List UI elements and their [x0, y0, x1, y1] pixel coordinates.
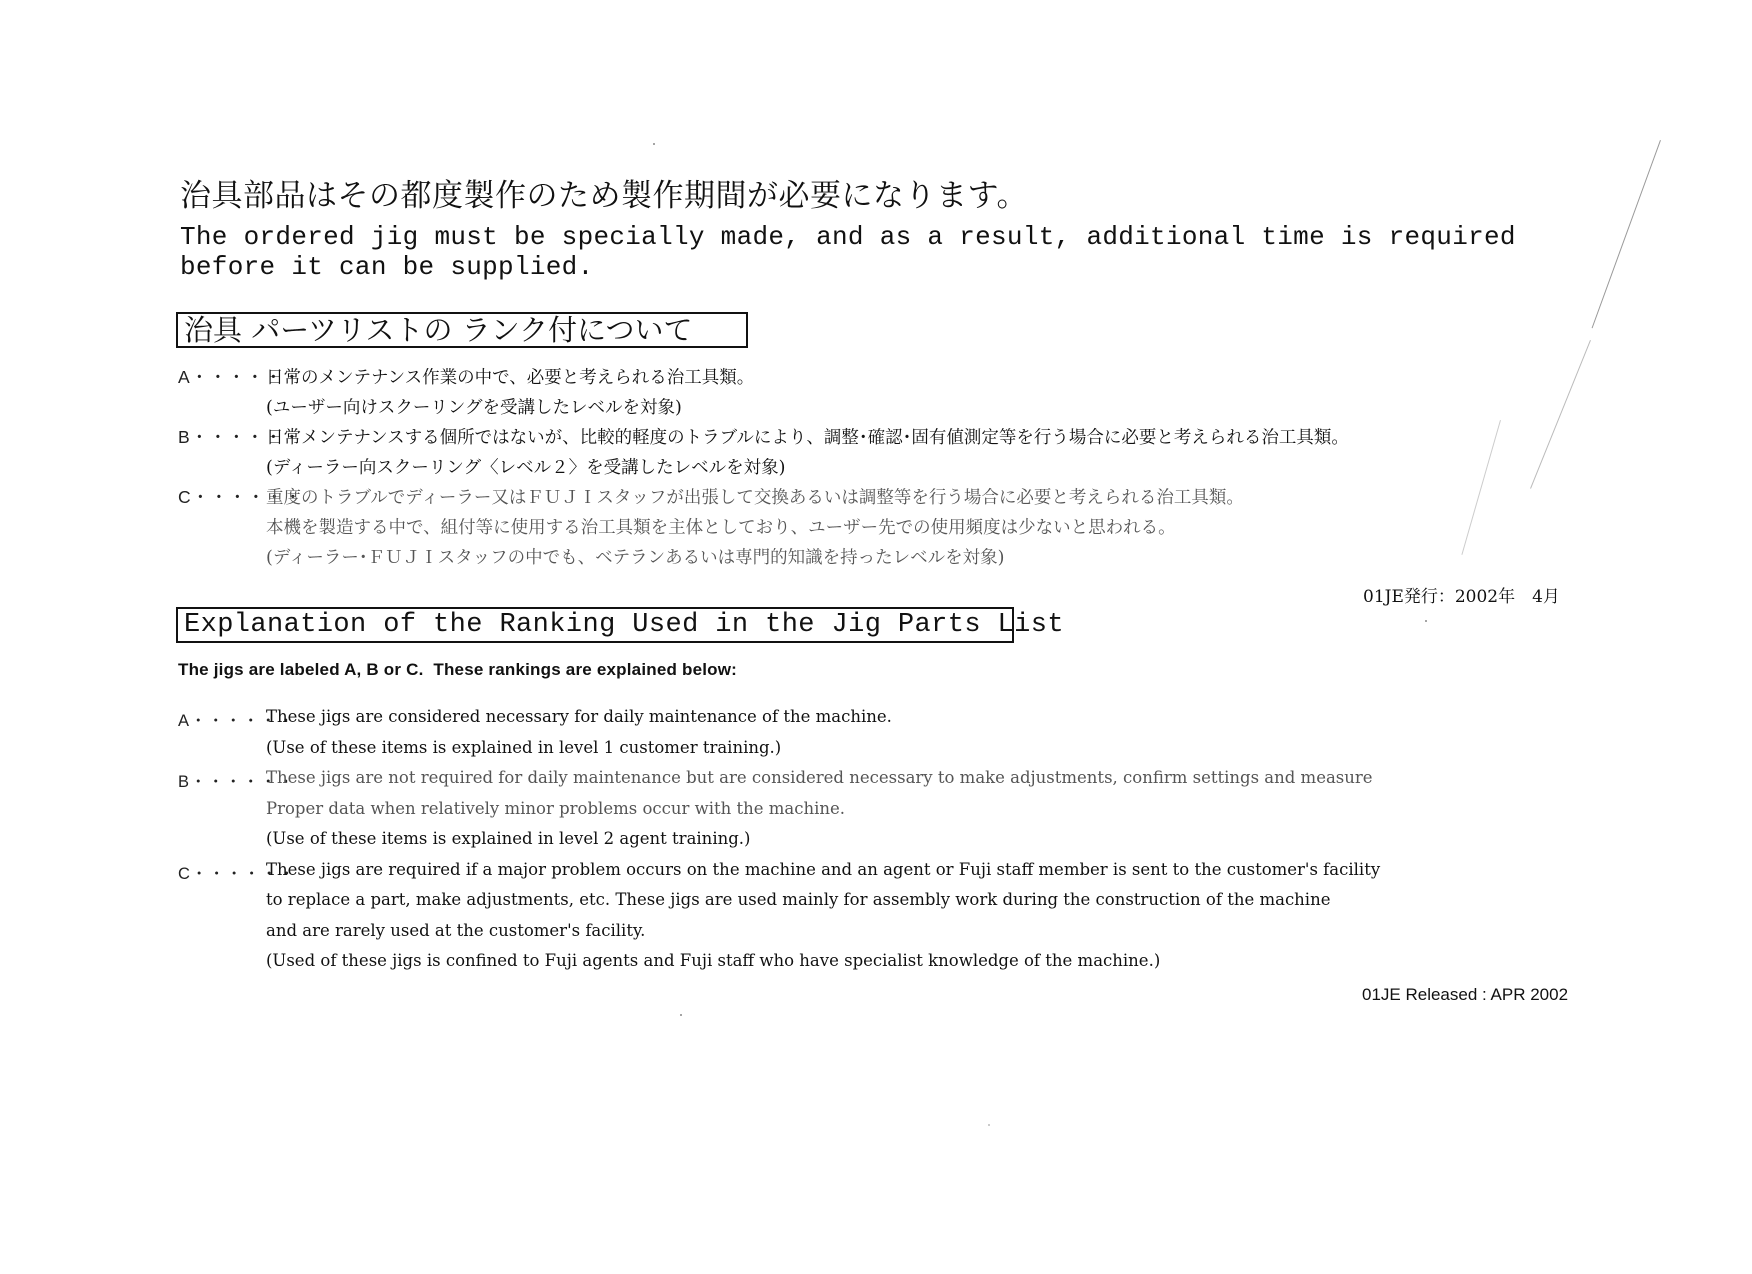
rank-b-description: These jigs are not required for daily ma…: [266, 768, 1373, 787]
rank-b-training-note: (Use of these items is explained in leve…: [266, 829, 750, 848]
rank-a-training-note: (Use of these items is explained in leve…: [266, 738, 781, 757]
rank-label-b: B・・・・・・: [178, 768, 266, 792]
intro-english: The ordered jig must be specially made, …: [180, 222, 1516, 282]
english-release-date: 01JE Released : APR 2002: [1362, 985, 1568, 1005]
rank-a-description: 日常のメンテナンス作業の中で、必要と考えられる治工具類。: [266, 364, 754, 389]
scan-speck: [653, 143, 655, 145]
rank-b-description-continued: Proper data when relatively minor proble…: [266, 799, 845, 818]
rank-label-c: C・・・・・・: [178, 860, 266, 884]
scan-streak: [1592, 140, 1661, 328]
scan-streak: [1530, 340, 1591, 489]
scan-streak: [1461, 420, 1501, 555]
rank-c-description: 重度のトラブルでディーラー又はＦＵＪＩスタッフが出張して交換あるいは調整等を行う…: [266, 484, 1244, 509]
japanese-section-heading: 治具 パーツリストの ランク付について: [176, 312, 748, 348]
rank-c-target-level: (ディーラー･ＦＵＪＩスタッフの中でも、ベテランあるいは専門的知識を持ったレベル…: [266, 544, 1005, 569]
rank-label-a: A・・・・・・: [178, 364, 266, 389]
rank-c-usage-note: and are rarely used at the customer's fa…: [266, 921, 645, 940]
english-section-subtitle: The jigs are labeled A, B or C. These ra…: [178, 660, 737, 680]
rank-c-usage-note: 本機を製造する中で、組付等に使用する治工具類を主体としており、ユーザー先での使用…: [266, 514, 1176, 539]
scanned-document-page: 治具部品はその都度製作のため製作期間が必要になります。 The ordered …: [0, 0, 1752, 1274]
rank-c-training-note: (Used of these jigs is confined to Fuji …: [266, 951, 1160, 970]
rank-label-a: A・・・・・・: [178, 707, 266, 731]
rank-a-description: These jigs are considered necessary for …: [266, 707, 892, 726]
english-section-heading: Explanation of the Ranking Used in the J…: [176, 607, 1014, 643]
intro-japanese: 治具部品はその都度製作のため製作期間が必要になります。: [180, 170, 1028, 215]
rank-b-description: 日常メンテナンスする個所ではないが、比較的軽度のトラブルにより、調整･確認･固有…: [266, 424, 1349, 449]
rank-c-description: These jigs are required if a major probl…: [266, 860, 1380, 879]
scan-speck: [1425, 620, 1427, 622]
rank-c-description-continued: to replace a part, make adjustments, etc…: [266, 890, 1330, 909]
scan-speck: [680, 1014, 682, 1016]
japanese-release-date: 01JE発行：2002年 4月: [1363, 582, 1560, 607]
rank-a-target-level: (ユーザー向けスクーリングを受講したレベルを対象): [266, 394, 682, 419]
scan-speck: [988, 1124, 990, 1126]
rank-b-target-level: (ディーラー向スクーリング〈レベル２〉を受講したレベルを対象): [266, 454, 785, 479]
rank-label-c: C・・・・・・: [178, 484, 266, 509]
rank-label-b: B・・・・・・: [178, 424, 266, 449]
